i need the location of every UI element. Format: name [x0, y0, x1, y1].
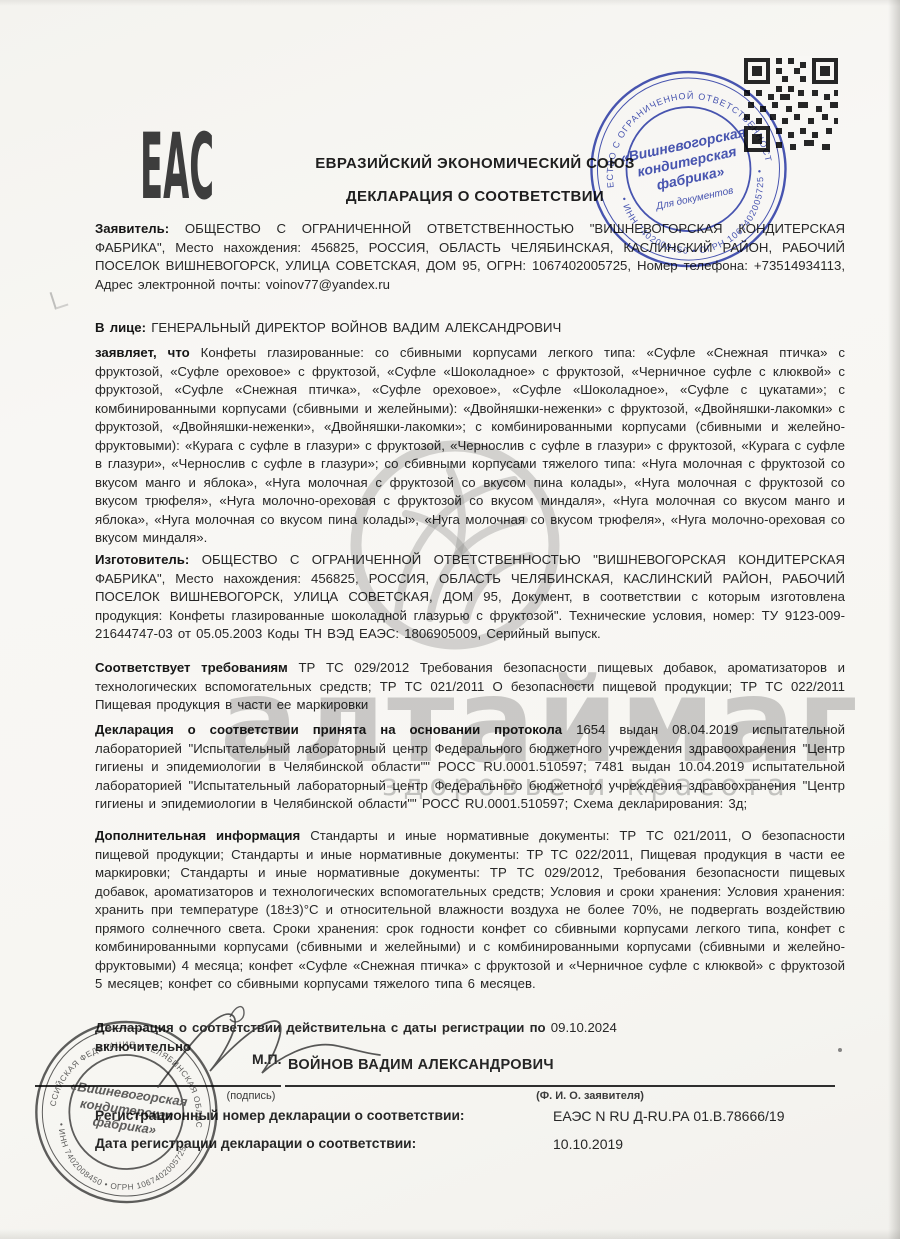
eac-mark-icon: ЕАС — [138, 128, 216, 214]
person-text: ГЕНЕРАЛЬНЫЙ ДИРЕКТОР ВОЙНОВ ВАДИМ АЛЕКСА… — [151, 320, 561, 335]
company-round-stamp-gray: РОССИЙСКАЯ ФЕДЕРАЦИЯ • ЧЕЛЯБИНСКАЯ ОБЛАС… — [17, 1004, 235, 1226]
scan-edge-shadow-top — [0, 0, 900, 6]
watermark-slogan-text: здоровье и красота — [382, 768, 791, 802]
person-paragraph: В лице: ГЕНЕРАЛЬНЫЙ ДИРЕКТОР ВОЙНОВ ВАДИ… — [95, 319, 845, 338]
scan-edge-shadow-right — [888, 0, 900, 1239]
ink-dot-artifact — [838, 1048, 842, 1052]
additional-info-label: Дополнительная информация — [95, 828, 300, 843]
company-round-stamp-blue: ОБЩЕСТВО С ОГРАНИЧЕННОЙ ОТВЕТСТВЕННОСТЬЮ… — [566, 47, 811, 296]
declares-label: заявляет, что — [95, 345, 190, 360]
fio-caption: (Ф. И. О. заявителя) — [480, 1090, 700, 1102]
registration-number-value: ЕАЭС N RU Д-RU.РА 01.В.78666/19 — [553, 1108, 785, 1124]
scan-edge-shadow-bottom — [0, 1229, 900, 1239]
paper-fold-mark — [50, 288, 69, 309]
eac-mark-text: ЕАС — [140, 128, 214, 214]
scanned-declaration-document: ЕАС ЕВРАЗИЙСКИЙ ЭКОНОМИЧЕСКИЙ СОЮЗ ДЕКЛА… — [0, 0, 900, 1239]
eac-mark-logo: ЕАС — [138, 128, 216, 219]
person-label: В лице: — [95, 320, 146, 335]
watermark-brand-text: алтаймаг — [220, 664, 860, 780]
stamp-gray-ring-bottom-text: • ИНН 7402008450 • ОГРН 1067402005725 • — [48, 1122, 190, 1201]
registration-date-value: 10.10.2019 — [553, 1136, 623, 1152]
svg-text:• ИНН 7402008450 • ОГРН 106740: • ИНН 7402008450 • ОГРН 1067402005725 • — [48, 1122, 190, 1201]
validity-date: 09.10.2024 — [551, 1020, 617, 1035]
applicant-label: Заявитель: — [95, 221, 169, 236]
additional-info-text: Стандарты и иные нормативные документы: … — [95, 828, 845, 991]
watermark-leaf-logo-icon — [346, 436, 564, 659]
additional-info-paragraph: Дополнительная информация Стандарты и ин… — [95, 827, 845, 994]
manufacturer-label: Изготовитель: — [95, 552, 189, 567]
